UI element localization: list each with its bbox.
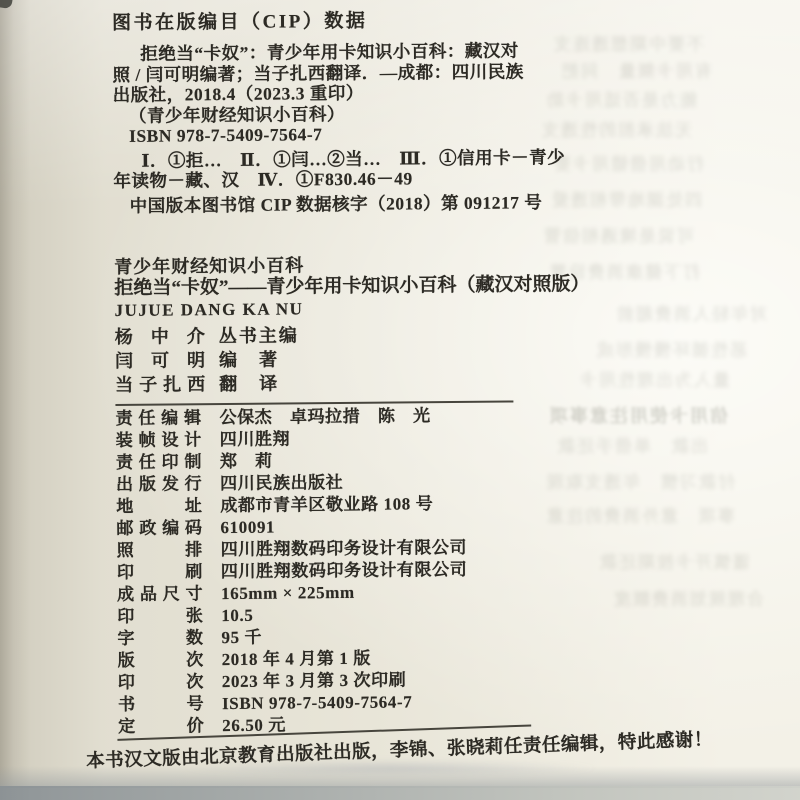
pub-row-label: 字数 [117,627,203,650]
pub-row-value: 26.50 元 [222,716,286,736]
pub-row-value: 610091 [220,518,275,537]
pub-row-label: 邮政编码 [116,517,202,540]
author-role: 编 著 [219,350,279,371]
pub-row-label: 印张 [117,605,203,628]
author-role: 翻 译 [219,374,279,395]
pub-row-value: 四川胜翔数码印务设计有限公司 [221,560,468,581]
pub-row-value: 四川胜翔 [220,429,291,449]
author-role: 丛书主编 [219,325,299,346]
cip-catalog-paragraph: 拒绝当“卡奴”：青少年用卡知识小百科：藏汉对 照 / 闫可明编著；当子扎西翻译．… [112,38,753,146]
page-left-shadow [0,0,30,800]
author-row: 当子扎西翻 译 [115,367,755,397]
book-copyright-page-photo: 不要中期想透连支 有用卡频量 问把 能力是否适用卡助 无法承担的性透支 行动用借… [0,0,800,800]
pub-row-value: 165mm × 225mm [221,583,355,603]
bottom-edge-band [0,786,800,800]
cip-classification: Ⅰ．①拒… Ⅱ．①闫…②当… Ⅲ．①信用卡－青少 年读物－藏、汉 Ⅳ．①F830… [113,145,753,192]
pub-row-value: 95 千 [221,628,262,647]
publication-info-table: 责任编辑公保杰 卓玛拉措 陈 光 装帧设计四川胜翔 责任印制郑 莉 出版发行四川… [115,402,758,738]
pub-row-label: 责任印制 [116,451,202,474]
pub-row-label: 地址 [116,495,202,518]
pub-row-value: 10.5 [221,606,253,625]
pub-row-label: 责任编辑 [115,407,201,430]
pub-row-value: 四川胜翔数码印务设计有限公司 [221,538,468,559]
pub-row-value: 四川民族出版社 [220,473,343,493]
cip-header: 图书在版编目（CIP）数据 [112,6,752,36]
corner-mark [0,0,13,9]
pub-row-label: 装帧设计 [116,429,202,452]
pub-row-value: 郑 莉 [220,452,273,471]
cip-class-line: 年读物－藏、汉 Ⅳ．①F830.46－49 [113,165,753,191]
pub-row-label: 成品尺寸 [117,583,203,606]
pub-row-value: ISBN 978-7-5409-7564-7 [222,692,412,713]
pub-row-label: 印次 [118,671,204,694]
author-name: 当子扎西 [115,372,205,397]
authors-block: 杨中介丛书主编 闫可明编 著 当子扎西翻 译 [115,319,756,397]
pub-row-label: 书号 [118,693,204,716]
pub-row-value: 2023 年 3 月第 3 次印刷 [222,670,407,691]
author-name: 杨中介 [115,324,205,349]
pinyin-title: JUJUE DANG KA NU [115,294,755,321]
pub-row-value: 公保杰 卓玛拉措 陈 光 [219,406,430,427]
page-content: 图书在版编目（CIP）数据 拒绝当“卡奴”：青少年用卡知识小百科：藏汉对 照 /… [112,6,758,738]
pub-row-label: 版次 [118,649,204,672]
cip-record-number: 中国版本图书馆 CIP 数据核字（2018）第 091217 号 [114,190,754,216]
pub-row-label: 照排 [117,539,203,562]
pub-row-label: 出版发行 [116,473,202,496]
pub-row-value: 2018 年 4 月第 1 版 [222,649,371,669]
title-block: 青少年财经知识小百科 拒绝当“卡奴”——青少年用卡知识小百科（藏汉对照版） JU… [114,250,755,321]
pub-row-label: 定价 [118,715,204,738]
pub-row-value: 成都市青羊区敬业路 108 号 [220,494,433,515]
pub-row-label: 印刷 [117,561,203,584]
author-name: 闫可明 [115,348,205,373]
isbn-line: ISBN 978-7-5409-7564-7 [113,120,753,146]
